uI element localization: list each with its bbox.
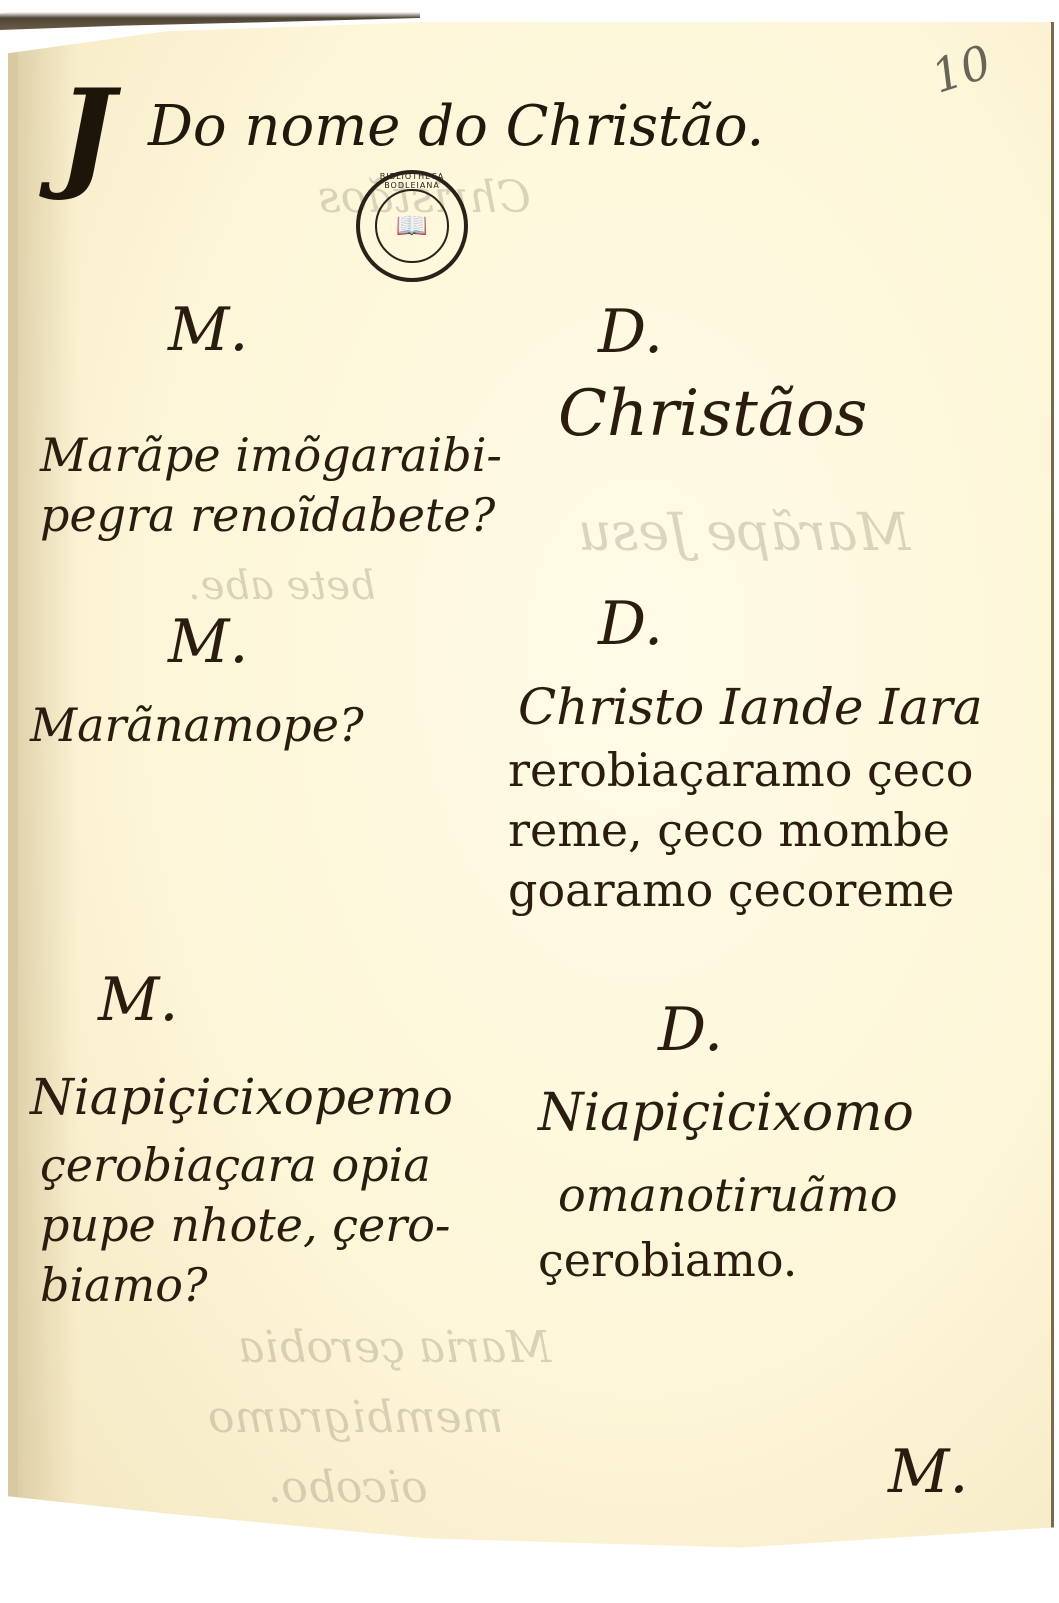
dialogue-line: Marãnamope? [30, 702, 364, 748]
bleed-through-text: oicobo. [268, 1462, 428, 1515]
speaker-label: M. [98, 970, 179, 1030]
dialogue-line: Niapiçicixomo [538, 1087, 914, 1139]
bleed-through-text: bete abe. [188, 562, 376, 610]
dialogue-line: pupe nhote, çero- [40, 1202, 450, 1248]
speaker-label: D. [658, 1000, 723, 1060]
stamp-text: BIBLIOTHECA BODLEIANA [356, 172, 468, 190]
bleed-through-text: Marãpe Jesu [578, 502, 911, 564]
dialogue-line: Marãpe imõgaraibi- [40, 432, 502, 478]
dialogue-line: çerobiamo. [538, 1237, 797, 1283]
dialogue-line: reme, çeco mombe [508, 807, 950, 853]
open-book-with-crowns-icon: 📖 [375, 189, 449, 263]
dialogue-line: pegra renoĩdabete? [40, 492, 495, 538]
dialogue-line: biamo? [40, 1262, 208, 1308]
manuscript-page: Christãos Marãpe Jesu bete abe. Maria çe… [8, 22, 1054, 1582]
bleed-through-text: membigramo [208, 1392, 503, 1445]
dialogue-line: rerobiaçaramo çeco [508, 747, 973, 793]
library-stamp: BIBLIOTHECA BODLEIANA 📖 [356, 170, 468, 282]
speaker-label: M. [168, 300, 249, 360]
folio-number: 10 [926, 34, 998, 103]
dialogue-line: çerobiaçara opia [40, 1142, 431, 1188]
bleed-through-text: Maria çerobia [238, 1322, 551, 1375]
speaker-label: M. [168, 612, 249, 672]
speaker-label: D. [598, 594, 663, 654]
catchword-speaker-label: M. [888, 1442, 969, 1502]
page-title: Do nome do Christão. [148, 94, 764, 159]
manuscript-scan: Christãos Marãpe Jesu bete abe. Maria çe… [0, 0, 1059, 1603]
dialogue-line: Niapiçicixopemo [30, 1072, 453, 1122]
dialogue-line: omanotiruãmo [558, 1172, 898, 1218]
heading-initial: J [58, 74, 115, 194]
dialogue-line: Christãos [558, 382, 867, 446]
dialogue-line: Christo Iande Iara [518, 682, 983, 732]
speaker-label: D. [598, 302, 663, 362]
dialogue-line: goaramo çecoreme [508, 867, 954, 913]
